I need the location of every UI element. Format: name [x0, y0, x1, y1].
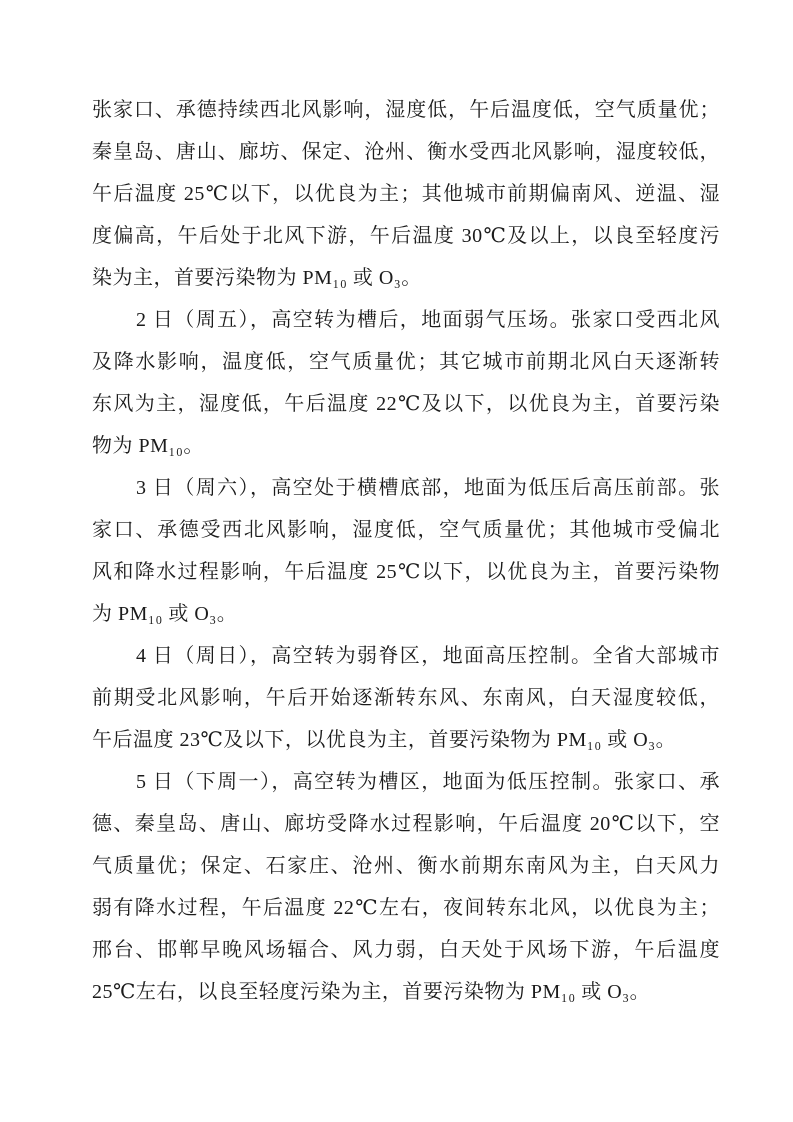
text-line: 午后温度 25℃以下，以优良为主；其他城市前期偏南风、逆温、湿	[92, 173, 720, 215]
text-line: 前期受北风影响，午后开始逐渐转东风、东南风，白天湿度较低，	[92, 677, 720, 719]
text-line: 4 日（周日），高空转为弱脊区，地面高压控制。全省大部城市	[92, 635, 720, 677]
text-line: 邢台、邯郸早晚风场辐合、风力弱，白天处于风场下游，午后温度	[92, 929, 720, 971]
text-line: 秦皇岛、唐山、廊坊、保定、沧州、衡水受西北风影响，湿度较低，	[92, 131, 720, 173]
text-line: 午后温度 23℃及以下，以优良为主，首要污染物为 PM₁₀ 或 O₃。	[92, 719, 720, 761]
paragraph: 张家口、承德持续西北风影响，湿度低，午后温度低，空气质量优； 秦皇岛、唐山、廊坊…	[92, 89, 720, 299]
paragraph: 5 日（下周一），高空转为槽区，地面为低压控制。张家口、承 德、秦皇岛、唐山、廊…	[92, 761, 720, 1013]
paragraph: 4 日（周日），高空转为弱脊区，地面高压控制。全省大部城市 前期受北风影响，午后…	[92, 635, 720, 761]
page-text-body: 张家口、承德持续西北风影响，湿度低，午后温度低，空气质量优； 秦皇岛、唐山、廊坊…	[92, 89, 720, 1013]
document-page: 张家口、承德持续西北风影响，湿度低，午后温度低，空气质量优； 秦皇岛、唐山、廊坊…	[0, 0, 793, 1122]
text-line: 家口、承德受西北风影响，湿度低，空气质量优；其他城市受偏北	[92, 509, 720, 551]
text-line: 2 日（周五），高空转为槽后，地面弱气压场。张家口受西北风	[92, 299, 720, 341]
text-line: 度偏高，午后处于北风下游，午后温度 30℃及以上，以良至轻度污	[92, 215, 720, 257]
text-line: 德、秦皇岛、唐山、廊坊受降水过程影响，午后温度 20℃以下，空	[92, 803, 720, 845]
text-line: 风和降水过程影响，午后温度 25℃以下，以优良为主，首要污染物	[92, 551, 720, 593]
text-line: 及降水影响，温度低，空气质量优；其它城市前期北风白天逐渐转	[92, 341, 720, 383]
text-line: 5 日（下周一），高空转为槽区，地面为低压控制。张家口、承	[92, 761, 720, 803]
text-line: 弱有降水过程，午后温度 22℃左右，夜间转东北风，以优良为主；	[92, 887, 720, 929]
text-line: 25℃左右，以良至轻度污染为主，首要污染物为 PM₁₀ 或 O₃。	[92, 971, 720, 1013]
paragraph: 2 日（周五），高空转为槽后，地面弱气压场。张家口受西北风 及降水影响，温度低，…	[92, 299, 720, 467]
text-line: 3 日（周六），高空处于横槽底部，地面为低压后高压前部。张	[92, 467, 720, 509]
text-line: 为 PM₁₀ 或 O₃。	[92, 593, 720, 635]
text-line: 气质量优；保定、石家庄、沧州、衡水前期东南风为主，白天风力	[92, 845, 720, 887]
text-line: 张家口、承德持续西北风影响，湿度低，午后温度低，空气质量优；	[92, 89, 720, 131]
paragraph: 3 日（周六），高空处于横槽底部，地面为低压后高压前部。张 家口、承德受西北风影…	[92, 467, 720, 635]
text-line: 东风为主，湿度低，午后温度 22℃及以下，以优良为主，首要污染	[92, 383, 720, 425]
text-line: 物为 PM₁₀。	[92, 425, 720, 467]
text-line: 染为主，首要污染物为 PM₁₀ 或 O₃。	[92, 257, 720, 299]
